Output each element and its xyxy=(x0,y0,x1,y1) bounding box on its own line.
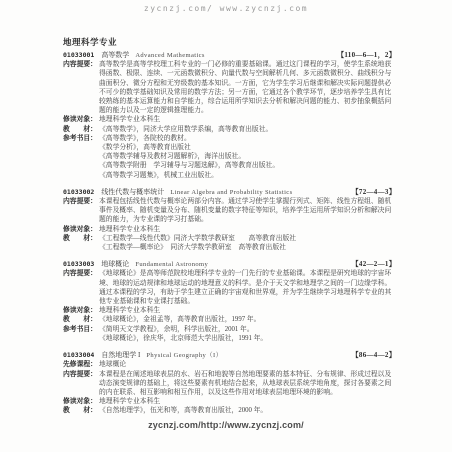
field-text-line: 本课程是在阐述地球表层的水、岩石和地貌等自然地理要素的基本特征、分布规律、形成过… xyxy=(99,370,396,398)
document-page: zycnzj.com/ www.zycnzj.com 地理科学专业 010330… xyxy=(0,0,452,452)
field-label: 内容提要： xyxy=(63,60,99,115)
field-value: 《工程数学—线性代数》同济大学数学教研室 高等教育出版社《工程数学—概率论》 同… xyxy=(99,234,396,252)
course-title-cn: 地球概论 xyxy=(101,260,129,269)
watermark-footer-url: zycnzj.com/http://www.zycnzj.com/ xyxy=(0,420,452,430)
field-label: 内容提要： xyxy=(63,269,99,306)
course-title-en: Physical Geography（I） xyxy=(146,351,222,360)
course-code: 01033003 xyxy=(63,260,94,269)
course-heading: 01033002线性代数与概率统计Linear Algebra and Prob… xyxy=(63,188,396,197)
field-label: 教 材： xyxy=(63,406,99,415)
field-text-line: 《高等数学辅导及教材习题解析》，海洋出版社。 xyxy=(99,152,396,161)
field-text-line: 《工程数学—概率论》 同济大学数学教研室 高等教育出版社 xyxy=(99,243,396,252)
course-section: 01033002线性代数与概率统计Linear Algebra and Prob… xyxy=(63,188,396,252)
field-label: 教 材： xyxy=(63,125,99,134)
field-text-line: 《高等数学》，同济大学应用数学系编，高等教育出版社。 xyxy=(99,125,396,134)
course-credit-hours: 【72—4—3】 xyxy=(352,188,396,197)
course-credit-hours: 【86—4—2】 xyxy=(352,351,396,360)
course-title-cn: 自然地理学 I xyxy=(101,351,140,360)
course-field-row: 参考书目：《简明天文学教程》，余明，科学出版社，2001 年。《地球概论》，徐庆… xyxy=(63,325,396,343)
course-code: 01033001 xyxy=(63,51,94,60)
field-value: 本课程包括线性代数与概率论两部分内容。通过学习使学生掌握行列式、矩阵、线性方程组… xyxy=(99,197,396,225)
course-field-row: 修读对象：地理科学专业本科生 xyxy=(63,115,396,124)
field-text-line: 高等数学是高等学校理工科专业的一门必修的重要基础课。通过这门课程的学习，使学生系… xyxy=(99,60,396,115)
course-field-row: 先修课程：地球概论 xyxy=(63,360,396,369)
course-title-en: Fundamental Astronomy xyxy=(135,260,208,269)
field-value: 本课程是在阐述地球表层的水、岩石和地貌等自然地理要素的基本特征、分布规律、形成过… xyxy=(99,370,396,398)
course-code: 01033002 xyxy=(63,188,94,197)
field-label: 修读对象： xyxy=(63,225,99,234)
course-field-row: 内容提要：本课程是在阐述地球表层的水、岩石和地貌等自然地理要素的基本特征、分布规… xyxy=(63,370,396,398)
course-field-row: 教 材：《工程数学—线性代数》同济大学数学教研室 高等教育出版社《工程数学—概率… xyxy=(63,234,396,252)
course-title-en: Advanced Mathematics xyxy=(135,51,205,60)
field-label: 教 材： xyxy=(63,234,99,252)
course-field-row: 修读对象：地理科学专业本科生 xyxy=(63,397,396,406)
field-label: 参考书目： xyxy=(63,325,99,343)
field-value: 地理科学专业本科生 xyxy=(99,397,396,406)
field-label: 修读对象： xyxy=(63,306,99,315)
field-label: 修读对象： xyxy=(63,397,99,406)
field-text-line: 本课程包括线性代数与概率论两部分内容。通过学习使学生掌握行列式、矩阵、线性方程组… xyxy=(99,197,396,225)
field-text-line: 地理科学专业本科生 xyxy=(99,115,396,124)
field-text-line: 《工程数学—线性代数》同济大学数学教研室 高等教育出版社 xyxy=(99,234,396,243)
course-field-row: 教 材：《地球概论》，金祖孟等，高等教育出版社，1997 年。 xyxy=(63,315,396,324)
course-field-row: 内容提要：高等数学是高等学校理工科专业的一门必修的重要基础课。通过这门课程的学习… xyxy=(63,60,396,115)
field-value: 地理科学专业本科生 xyxy=(99,225,396,234)
course-field-row: 内容提要：《地球概论》是高等师范院校地理科学专业的一门先行的专业基础课。本课程是… xyxy=(63,269,396,306)
field-text-line: 地理科学专业本科生 xyxy=(99,225,396,234)
field-label: 参考书目： xyxy=(63,134,99,180)
course-heading: 01033004自然地理学 IPhysical Geography（I）【86—… xyxy=(63,351,396,360)
field-value: 《高等数学》，同济大学应用数学系编，高等教育出版社。 xyxy=(99,125,396,134)
watermark-header-url: zycnzj.com/ www.zycnzj.com xyxy=(0,0,452,13)
course-credit-hours: 【110—6—1，2】 xyxy=(337,51,396,60)
field-value: 《自然地理学》，伍光和等，高等教育出版社，2000 年。 xyxy=(99,406,396,415)
course-field-row: 修读对象：地理科学专业本科生 xyxy=(63,225,396,234)
course-list: 01033001高等数学Advanced Mathematics【110—6—1… xyxy=(63,51,396,416)
field-text-line: 《地球概论》，徐庆华，北京师范大学出版社，1991 年。 xyxy=(99,334,396,343)
field-text-line: 《高等数学》，各院校的教材。 xyxy=(99,134,396,143)
course-field-row: 教 材：《自然地理学》，伍光和等，高等教育出版社，2000 年。 xyxy=(63,406,396,415)
field-text-line: 地理科学专业本科生 xyxy=(99,306,396,315)
course-title-cn: 线性代数与概率统计 xyxy=(101,188,164,197)
course-section: 01033003地球概论Fundamental Astronomy【42—2—1… xyxy=(63,260,396,343)
field-value: 高等数学是高等学校理工科专业的一门必修的重要基础课。通过这门课程的学习，使学生系… xyxy=(99,60,396,115)
field-text-line: 《简明天文学教程》，余明，科学出版社，2001 年。 xyxy=(99,325,396,334)
field-value: 《地球概论》是高等师范院校地理科学专业的一门先行的专业基础课。本课程是研究地球的… xyxy=(99,269,396,306)
course-title-cn: 高等数学 xyxy=(101,51,129,60)
field-value: 地理科学专业本科生 xyxy=(99,115,396,124)
field-text-line: 《自然地理学》，伍光和等，高等教育出版社，2000 年。 xyxy=(99,406,396,415)
field-value: 地理科学专业本科生 xyxy=(99,306,396,315)
course-section: 01033004自然地理学 IPhysical Geography（I）【86—… xyxy=(63,351,396,415)
course-field-row: 教 材：《高等数学》，同济大学应用数学系编，高等教育出版社。 xyxy=(63,125,396,134)
field-label: 内容提要： xyxy=(63,197,99,225)
course-field-row: 参考书目：《高等数学》，各院校的教材。《数学分析》，高等教育出版社《高等数学辅导… xyxy=(63,134,396,180)
field-text-line: 地理科学专业本科生 xyxy=(99,397,396,406)
field-text-line: 《地球概论》是高等师范院校地理科学专业的一门先行的专业基础课。本课程是研究地球的… xyxy=(99,269,396,306)
field-label: 教 材： xyxy=(63,315,99,324)
course-heading: 01033001高等数学Advanced Mathematics【110—6—1… xyxy=(63,51,396,60)
course-code: 01033004 xyxy=(63,351,94,360)
catalog-content: 地理科学专业 01033001高等数学Advanced Mathematics【… xyxy=(63,36,396,424)
field-text-line: 地球概论 xyxy=(99,360,396,369)
major-title: 地理科学专业 xyxy=(63,36,396,48)
course-field-row: 修读对象：地理科学专业本科生 xyxy=(63,306,396,315)
course-credit-hours: 【42—2—1】 xyxy=(352,260,396,269)
course-heading: 01033003地球概论Fundamental Astronomy【42—2—1… xyxy=(63,260,396,269)
field-value: 地球概论 xyxy=(99,360,396,369)
field-label: 先修课程： xyxy=(63,360,99,369)
field-value: 《高等数学》，各院校的教材。《数学分析》，高等教育出版社《高等数学辅导及教材习题… xyxy=(99,134,396,180)
field-text-line: 《地球概论》，金祖孟等，高等教育出版社，1997 年。 xyxy=(99,315,396,324)
course-field-row: 内容提要：本课程包括线性代数与概率论两部分内容。通过学习使学生掌握行列式、矩阵、… xyxy=(63,197,396,225)
field-text-line: 《高等数学附册 学习辅导与习题选解》，高等教育出版社。 xyxy=(99,161,396,170)
field-text-line: 《高等数学习题集》，机械工业出版社。 xyxy=(99,171,396,180)
course-section: 01033001高等数学Advanced Mathematics【110—6—1… xyxy=(63,51,396,180)
field-label: 修读对象： xyxy=(63,115,99,124)
field-value: 《地球概论》，金祖孟等，高等教育出版社，1997 年。 xyxy=(99,315,396,324)
field-label: 内容提要： xyxy=(63,370,99,398)
field-value: 《简明天文学教程》，余明，科学出版社，2001 年。《地球概论》，徐庆华，北京师… xyxy=(99,325,396,343)
course-title-en: Linear Algebra and Probability Statistic… xyxy=(170,188,292,197)
field-text-line: 《数学分析》，高等教育出版社 xyxy=(99,143,396,152)
